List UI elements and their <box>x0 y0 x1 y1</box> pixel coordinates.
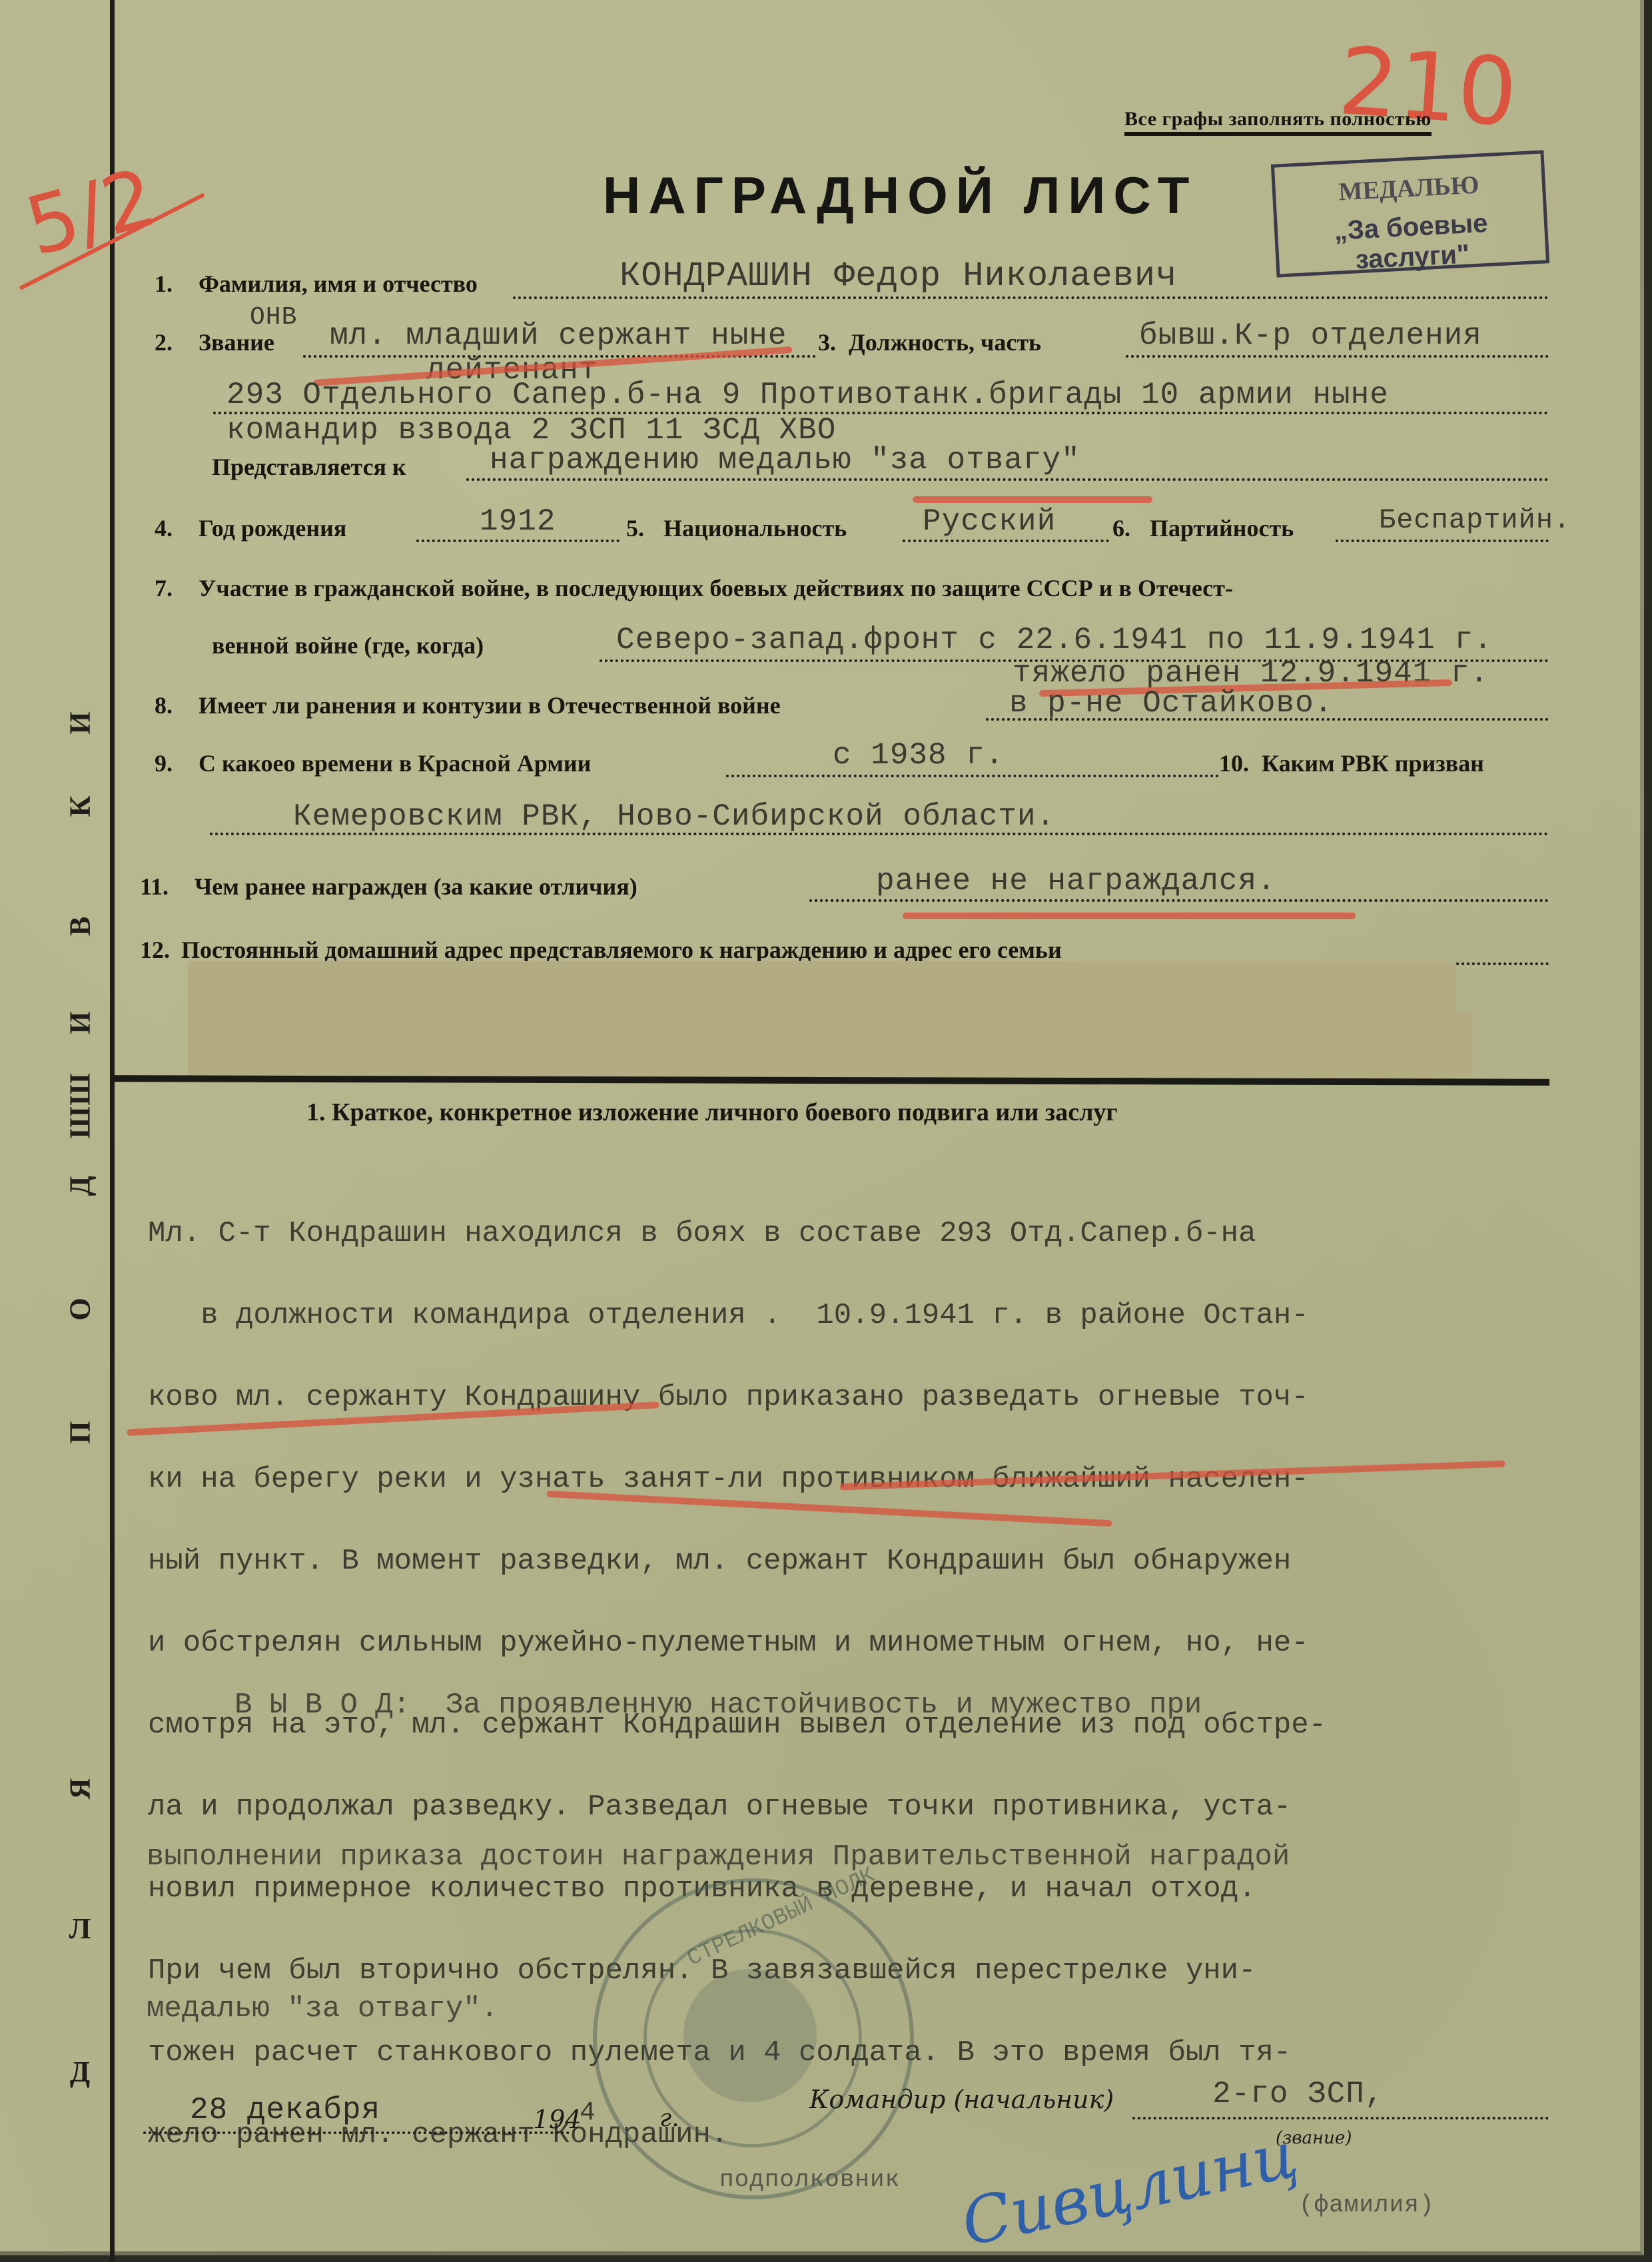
field-label: Фамилия, имя и отчество <box>199 270 478 297</box>
field-label: Постоянный домашний адрес представляемог… <box>181 937 1062 963</box>
document-title: НАГРАДНОЙ ЛИСТ <box>603 165 1197 226</box>
field-1-line <box>513 296 1549 299</box>
field-label: Представляется к <box>212 454 406 480</box>
field-label: Год рождения <box>199 515 346 542</box>
date-line <box>143 2131 570 2134</box>
field-11-line <box>809 899 1549 902</box>
field-2: 2. Звание <box>155 328 274 356</box>
redacted-address-block <box>188 961 1455 1078</box>
narrative-line: в должности командира отделения . 10.9.1… <box>148 1302 1580 1329</box>
commander-unit-value: 2-го ЗСП, <box>1212 2077 1384 2111</box>
war-participation-value: Северо-запад.фронт с 22.6.1941 по 11.9.1… <box>616 623 1493 657</box>
full-name-value: КОНДРАШИН Федор Николаевич <box>619 256 1177 296</box>
date-year-g: г. <box>659 2105 679 2132</box>
margin-letter: Д <box>63 1163 97 1210</box>
birth-year-value: 1912 <box>480 504 556 539</box>
red-pencil-underline <box>913 496 1152 503</box>
field-5-line <box>903 540 1109 542</box>
margin-letter: О <box>63 1286 97 1333</box>
field-number: 1. <box>155 270 173 297</box>
wounds-value: в р-не Остайково. <box>1009 686 1333 721</box>
presented-for: Представляется к <box>212 453 406 481</box>
presented-for-value: награждению медалью "за отвагу" <box>490 443 1080 478</box>
army-since-value: с 1938 г. <box>833 738 1004 773</box>
presented-for-line <box>466 478 1549 481</box>
field-number: 4. <box>155 515 173 542</box>
rank-note-above: ОНВ <box>250 303 297 332</box>
field-7: 7. Участие в гражданской войне, в послед… <box>155 574 1233 602</box>
field-number: 11. <box>140 873 169 900</box>
field-9: 9. С какоео времени в Красной Армии <box>155 749 591 777</box>
margin-letter: П <box>63 1409 97 1456</box>
field-number: 8. <box>155 692 173 719</box>
medal-stamp: МЕДАЛЬЮ „За боевые заслуги" <box>1271 150 1549 277</box>
margin-letter: В <box>63 903 97 950</box>
field-label: Каким РВК призван <box>1262 750 1484 777</box>
conclusion-line: выполнении приказа достоин награждения П… <box>147 1832 1290 1882</box>
party-value: Беспартийн. <box>1379 504 1571 536</box>
margin-letter: И <box>63 700 97 747</box>
date-year-prefix: 194 <box>533 2105 582 2134</box>
field-3: 3. Должность, часть <box>818 328 1041 356</box>
surname-caption: (фамилия) <box>1299 2191 1434 2219</box>
field-label: Чем ранее награжден (за какие отличия) <box>195 873 637 900</box>
field-number: 7. <box>155 575 173 601</box>
field-8: 8. Имеет ли ранения и контузии в Отечест… <box>155 691 781 719</box>
field-6-line <box>1336 540 1549 542</box>
section-1-heading: 1. Краткое, конкретное изложение личного… <box>306 1098 1118 1127</box>
conclusion-line: В Ы В О Д: За проявленную настойчивость … <box>147 1680 1290 1730</box>
field-label: Национальность <box>663 515 847 542</box>
field-number: 3. <box>818 329 836 356</box>
fill-all-fields-note: Все графы заполнять полностью <box>1124 108 1432 136</box>
narrative-line: ный пункт. В момент разведки, мл. сержан… <box>148 1548 1580 1575</box>
field-label: венной войне (где, когда) <box>212 632 484 659</box>
field-number: 2. <box>155 329 173 356</box>
field-7-cont: венной войне (где, когда) <box>212 631 484 659</box>
margin-letter: Ш <box>63 1066 97 1113</box>
field-12: 12. Постоянный домашний адрес представля… <box>140 936 1062 964</box>
field-6: 6. Партийность <box>1112 514 1294 542</box>
rank-value: мл. младший сержант ныне <box>330 318 787 353</box>
narrative-line: Мл. С-т Кондрашин находился в боях в сос… <box>148 1220 1580 1248</box>
margin-letter: Д <box>57 2055 103 2089</box>
field-label: Имеет ли ранения и контузии в Отечествен… <box>199 692 781 719</box>
nationality-value: Русский <box>923 504 1056 539</box>
field-9-line <box>726 775 1219 777</box>
margin-letter: Я <box>63 1766 97 1812</box>
field-5: 5. Национальность <box>626 514 847 542</box>
field-label: Участие в гражданской войне, в последующ… <box>199 575 1233 601</box>
stamp-line-1: МЕДАЛЬЮ <box>1275 167 1543 210</box>
unit-value-line-1: 293 Отдельного Сапер.б-на 9 Противотанк.… <box>226 378 1389 412</box>
rank-value-footer: подполковник <box>719 2166 900 2193</box>
field-3-line <box>1126 355 1549 358</box>
seal-emblem <box>683 1969 817 2102</box>
field-number: 5. <box>626 515 644 542</box>
binding-margin-line <box>110 0 115 2262</box>
field-number: 9. <box>155 750 173 777</box>
field-10: 10. Каким РВК призван <box>1219 749 1484 777</box>
field-number: 12. <box>140 937 170 963</box>
margin-letter: Л <box>57 1912 103 1946</box>
commander-label: Командир (начальник) <box>809 2085 1114 2114</box>
margin-letter: К <box>63 783 97 830</box>
field-label: Звание <box>199 329 274 356</box>
field-4-line <box>416 540 619 542</box>
date-year-suffix: 4 <box>580 2098 596 2128</box>
field-11: 11. Чем ранее награжден (за какие отличи… <box>140 873 637 901</box>
rvk-value: Кемеровским РВК, Ново-Сибирской области. <box>293 799 1055 834</box>
field-label: Партийность <box>1150 515 1294 542</box>
margin-letter: И <box>63 1000 97 1046</box>
narrative-line: ково мл. сержанту Кондрашину было приказ… <box>148 1384 1580 1411</box>
field-label: С какоео времени в Красной Армии <box>199 750 591 777</box>
date-day-month: 28 декабря <box>190 2093 380 2127</box>
redacted-address-block <box>1452 1012 1472 1076</box>
position-value: бывш.К-р отделения <box>1139 318 1482 353</box>
field-4: 4. Год рождения <box>155 514 346 542</box>
field-1: 1. Фамилия, имя и отчество <box>155 270 478 298</box>
red-pencil-underline <box>903 913 1356 919</box>
previous-awards-value: ранее не награждался. <box>876 864 1276 899</box>
field-label: Должность, часть <box>849 329 1041 356</box>
commander-line <box>1132 2117 1549 2119</box>
field-number: 10. <box>1219 750 1249 777</box>
field-number: 6. <box>1112 515 1130 542</box>
